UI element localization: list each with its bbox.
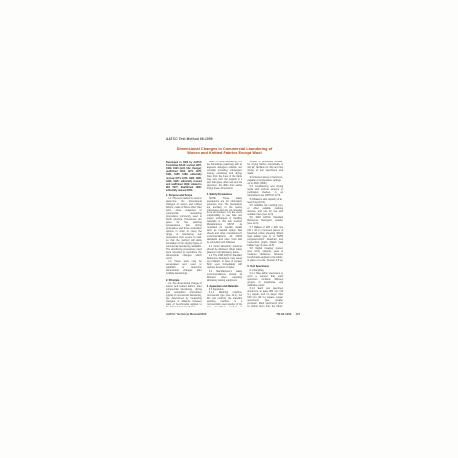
paragraph: 4.3 Manufacturer's safety recommendation… [207, 271, 243, 283]
paragraph: 5.7 Ballast of 920 x 920 mm (36 x 36 in.… [247, 227, 283, 248]
scanned-document-canvas: { "header": { "text": "AATCC Test Method… [0, 0, 458, 458]
paragraph: 5.5 Indelible ink marking pen, or other … [247, 205, 283, 217]
text-column-3: Screen or perforated surface, for drying… [247, 161, 283, 307]
paragraph: Note: In home laundering, it is the furn… [207, 161, 243, 191]
text-columns: Developed in 1960 by AATCC Committee RA4… [166, 161, 283, 307]
paragraph: 5.6 1993 AATCC Standard Reference Deterg… [247, 217, 283, 226]
document-content: AATCC Test Method 96-1999 Dimensional Ch… [166, 138, 283, 316]
document-title: Dimensional Changes in Commercial Launde… [166, 147, 283, 157]
document-page: AATCC Test Method 96-1999 Dimensional Ch… [0, 0, 458, 458]
text-column-2: Note: In home laundering, it is the furn… [207, 161, 243, 307]
paragraph: Screen or perforated surface, for drying… [247, 161, 283, 176]
footer-manual-name: AATCC Technical Manual/2000 [166, 312, 206, 316]
footer-right-group: TM 96-1999 147 [276, 312, 300, 316]
paragraph: 6.1.2 Each test specimen should be at le… [247, 288, 283, 307]
paragraph: NOTE: These safety precautions are for i… [207, 198, 243, 246]
history-paragraph: Developed in 1960 by AATCC Committee RA4… [166, 161, 202, 191]
paragraph: 5.1.1 Washing machine, commercial type (… [207, 292, 243, 307]
paragraph: 2.1 The dimensional change of woven and … [166, 283, 202, 308]
footer-page-number: 147 [295, 312, 300, 316]
paragraph: 4.2 The 1993 AATCC Standard Reference De… [207, 255, 243, 270]
paragraph: 5.3 Conditioning and drying racks with p… [247, 186, 283, 198]
paragraph: 1.2 These tests may be accelerated and u… [166, 261, 202, 276]
section-heading: 4. Safety Precautions [207, 193, 243, 196]
document-title-line2: Woven and Knitted Fabrics Except Wool [166, 151, 283, 156]
footer-method-number: TM 96-1999 [276, 312, 291, 316]
text-column-1: Developed in 1960 by AATCC Committee RA4… [166, 161, 202, 307]
paragraph: 5.8 Digital imaging system (see 12.6), o… [247, 248, 283, 263]
document-footer: AATCC Technical Manual/2000 TM 96-1999 1… [166, 312, 300, 316]
paragraph: 1.1 This test method is used to determin… [166, 198, 202, 260]
paragraph: 6.1.1 Take fabric specimens in such a ma… [247, 273, 283, 288]
document-header-method-number: AATCC Test Method 96-1999 [166, 138, 283, 142]
